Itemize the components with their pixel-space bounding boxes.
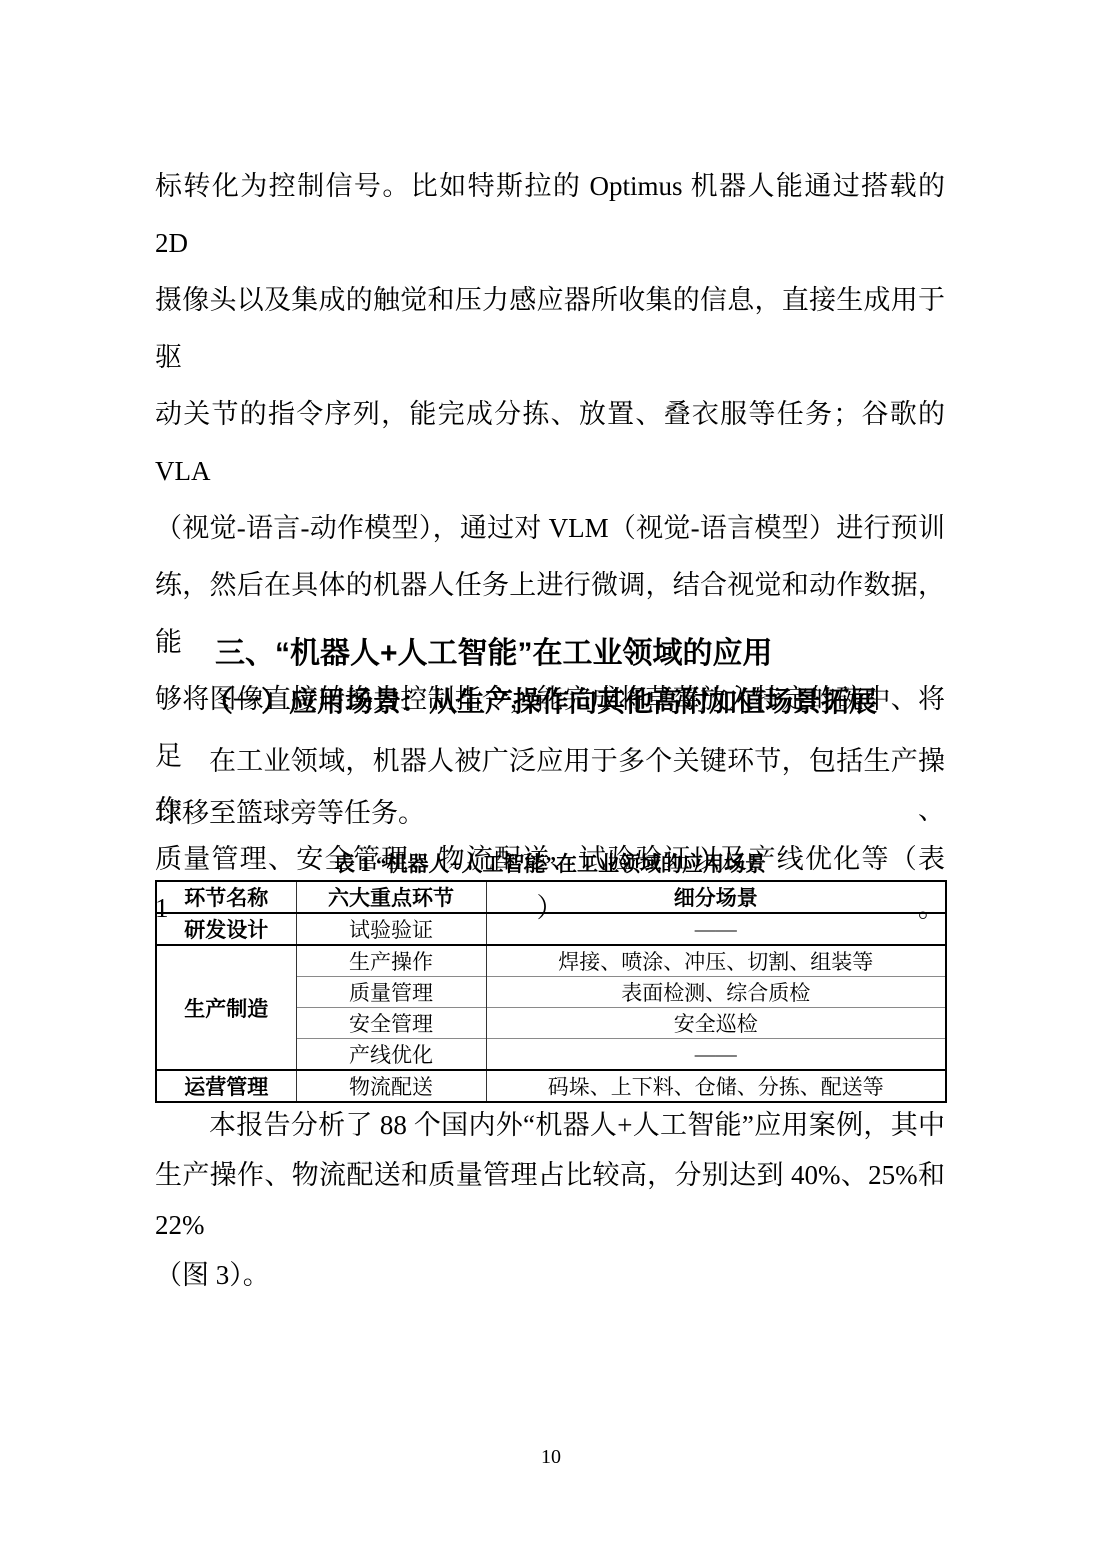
paragraph-line: 动关节的指令序列，能完成分拣、放置、叠衣服等任务；谷歌的 VLA [155,386,945,500]
paragraph-line: 在工业领域，机器人被广泛应用于多个关键环节，包括生产操作、 [155,737,945,835]
section-subheading: （一）应用场景：从生产操作向其他高附加值场景拓展 [205,686,877,718]
cell-link: 试验验证 [296,913,486,945]
table-row: 运营管理 物流配送 码垛、上下料、仓储、分拣、配送等 [156,1070,946,1102]
paragraph-line: 摄像头以及集成的触觉和压力感应器所收集的信息，直接生成用于驱 [155,272,945,386]
cell-link: 生产操作 [296,945,486,977]
paragraph-line: （视觉-语言-动作模型），通过对 VLM（视觉-语言模型）进行预训 [155,500,945,557]
paragraph-line: 生产操作、物流配送和质量管理占比较高，分别达到 40%、25%和 22% [155,1150,945,1250]
cell-stage: 生产制造 [156,945,296,1070]
paragraph-case-analysis: 本报告分析了 88 个国内外“机器人+人工智能”应用案例，其中 生产操作、物流配… [155,1100,945,1300]
cell-link: 物流配送 [296,1070,486,1102]
header-cell-link: 六大重点环节 [296,881,486,913]
cell-link: 质量管理 [296,977,486,1008]
cell-stage: 研发设计 [156,913,296,945]
cell-scenes: 焊接、喷涂、冲压、切割、组装等 [486,945,946,977]
table-header-row: 环节名称 六大重点环节 细分场景 [156,881,946,913]
cell-scenes: 表面检测、综合质检 [486,977,946,1008]
table-row: 研发设计 试验验证 —— [156,913,946,945]
cell-stage: 运营管理 [156,1070,296,1102]
cell-link: 产线优化 [296,1039,486,1071]
cell-scenes: —— [486,1039,946,1071]
paragraph-line: （图 3）。 [155,1250,945,1300]
cell-scenes: 码垛、上下料、仓储、分拣、配送等 [486,1070,946,1102]
cell-link: 安全管理 [296,1008,486,1039]
cell-scenes: —— [486,913,946,945]
page-number: 10 [0,1446,1102,1469]
application-scenarios-table: 环节名称 六大重点环节 细分场景 研发设计 试验验证 —— 生产制造 生产操作 … [155,880,947,1103]
table-row: 生产制造 生产操作 焊接、喷涂、冲压、切割、组装等 [156,945,946,977]
document-page: 标转化为控制信号。比如特斯拉的 Optimus 机器人能通过搭载的 2D 摄像头… [0,0,1102,1559]
paragraph-line: 标转化为控制信号。比如特斯拉的 Optimus 机器人能通过搭载的 2D [155,158,945,272]
header-cell-stage: 环节名称 [156,881,296,913]
table-caption: 表 1 “机器人+人工智能”在工业领域的应用场景 [155,851,945,877]
header-cell-scenes: 细分场景 [486,881,946,913]
section-heading: 三、“机器人+人工智能”在工业领域的应用 [215,637,773,671]
cell-scenes: 安全巡检 [486,1008,946,1039]
paragraph-line: 本报告分析了 88 个国内外“机器人+人工智能”应用案例，其中 [155,1100,945,1150]
